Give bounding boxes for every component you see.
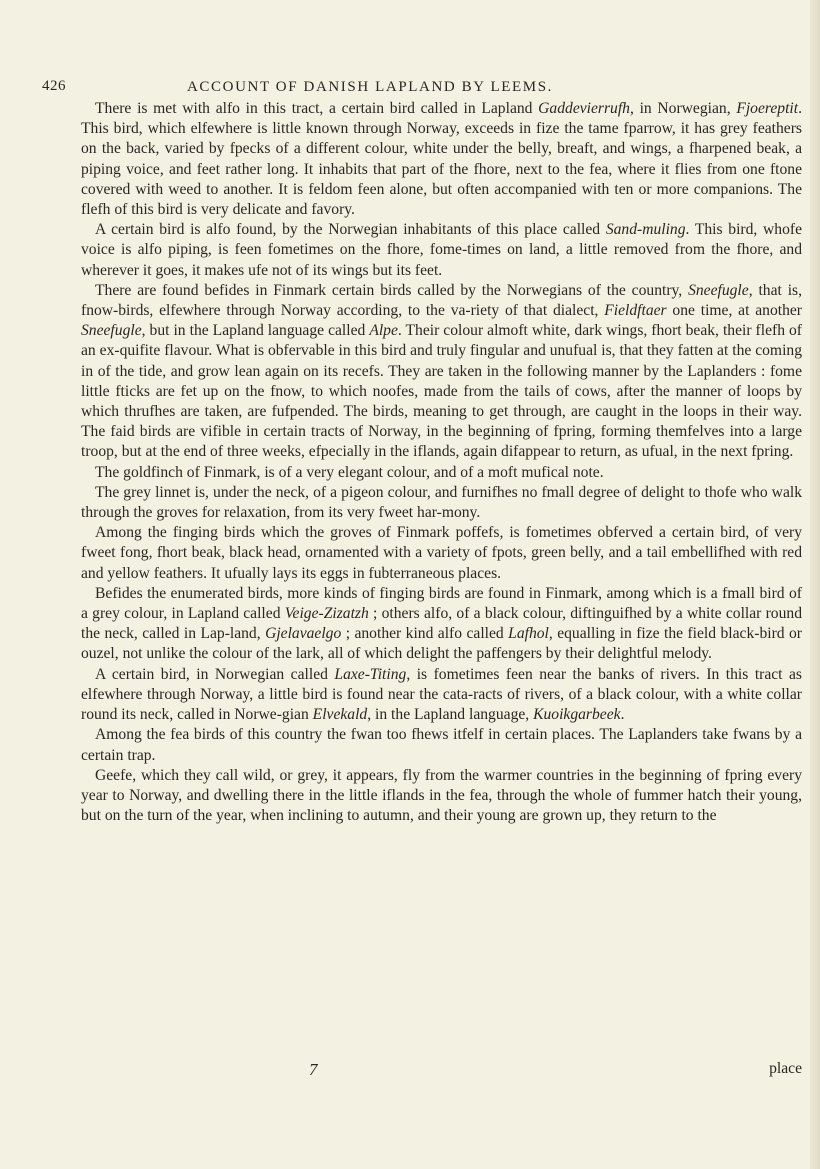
paragraph: There are found befides in Finmark certa… xyxy=(81,281,802,463)
italic-term: Sand-muling xyxy=(606,221,686,238)
text-run: one time, at another xyxy=(667,302,802,319)
text-run: There is met with alfo in this tract, a … xyxy=(95,100,538,117)
italic-term: Laxe-Titing xyxy=(334,666,406,683)
italic-term: Sneefugle xyxy=(688,282,749,299)
paragraph: A certain bird is alfo found, by the Nor… xyxy=(81,220,802,281)
text-run: The grey linnet is, under the neck, of a… xyxy=(81,484,802,521)
text-run: . This bird, which elfewhere is little k… xyxy=(81,100,802,218)
text-run: Among the finging birds which the groves… xyxy=(81,524,802,581)
italic-term: Fjoereptit xyxy=(736,100,798,117)
italic-term: Kuoikgarbeek xyxy=(533,706,620,723)
text-run: A certain bird is alfo found, by the Nor… xyxy=(95,221,606,238)
italic-term: Elvekald xyxy=(313,706,368,723)
italic-term: Veige-Zizatzh xyxy=(285,605,369,622)
text-run: ; another kind alfo called xyxy=(341,625,508,642)
page-number: 426 xyxy=(42,78,66,95)
catchword: place xyxy=(769,1060,802,1078)
text-run: The goldfinch of Finmark, is of a very e… xyxy=(95,464,604,481)
text-run: . Their colour almoft white, dark wings,… xyxy=(81,322,802,460)
book-page: 426 ACCOUNT OF DANISH LAPLAND BY LEEMS. … xyxy=(0,0,820,1169)
signature-mark: 7 xyxy=(309,1060,318,1080)
text-run: Geefe, which they call wild, or grey, it… xyxy=(81,767,802,824)
text-run: , in Norwegian, xyxy=(630,100,736,117)
paragraph: Among the finging birds which the groves… xyxy=(81,523,802,584)
paragraph: Befides the enumerated birds, more kinds… xyxy=(81,584,802,665)
italic-term: Gaddevierrufh xyxy=(538,100,630,117)
text-run: , but in the Lapland language called xyxy=(142,322,370,339)
paragraph: There is met with alfo in this tract, a … xyxy=(81,99,802,220)
paragraph: The goldfinch of Finmark, is of a very e… xyxy=(81,463,802,483)
text-run: Among the fea birds of this country the … xyxy=(81,726,802,763)
text-run: . xyxy=(621,706,625,723)
running-head: 426 ACCOUNT OF DANISH LAPLAND BY LEEMS. xyxy=(42,78,802,98)
text-run: There are found befides in Finmark certa… xyxy=(95,282,688,299)
paragraph: A certain bird, in Norwegian called Laxe… xyxy=(81,665,802,726)
page-footer: 7 place xyxy=(81,1060,802,1082)
body-text: There is met with alfo in this tract, a … xyxy=(81,99,802,826)
page-edge-shadow xyxy=(810,0,820,1169)
italic-term: Lafhol xyxy=(508,625,549,642)
italic-term: Alpe xyxy=(369,322,398,339)
paragraph: Among the fea birds of this country the … xyxy=(81,725,802,765)
text-run: A certain bird, in Norwegian called xyxy=(95,666,334,683)
italic-term: Sneefugle xyxy=(81,322,142,339)
italic-term: Gjelavaelgo xyxy=(265,625,341,642)
text-run: , in the Lapland language, xyxy=(367,706,533,723)
italic-term: Fieldftaer xyxy=(604,302,666,319)
running-title: ACCOUNT OF DANISH LAPLAND BY LEEMS. xyxy=(187,79,553,96)
paragraph: Geefe, which they call wild, or grey, it… xyxy=(81,766,802,827)
paragraph: The grey linnet is, under the neck, of a… xyxy=(81,483,802,523)
